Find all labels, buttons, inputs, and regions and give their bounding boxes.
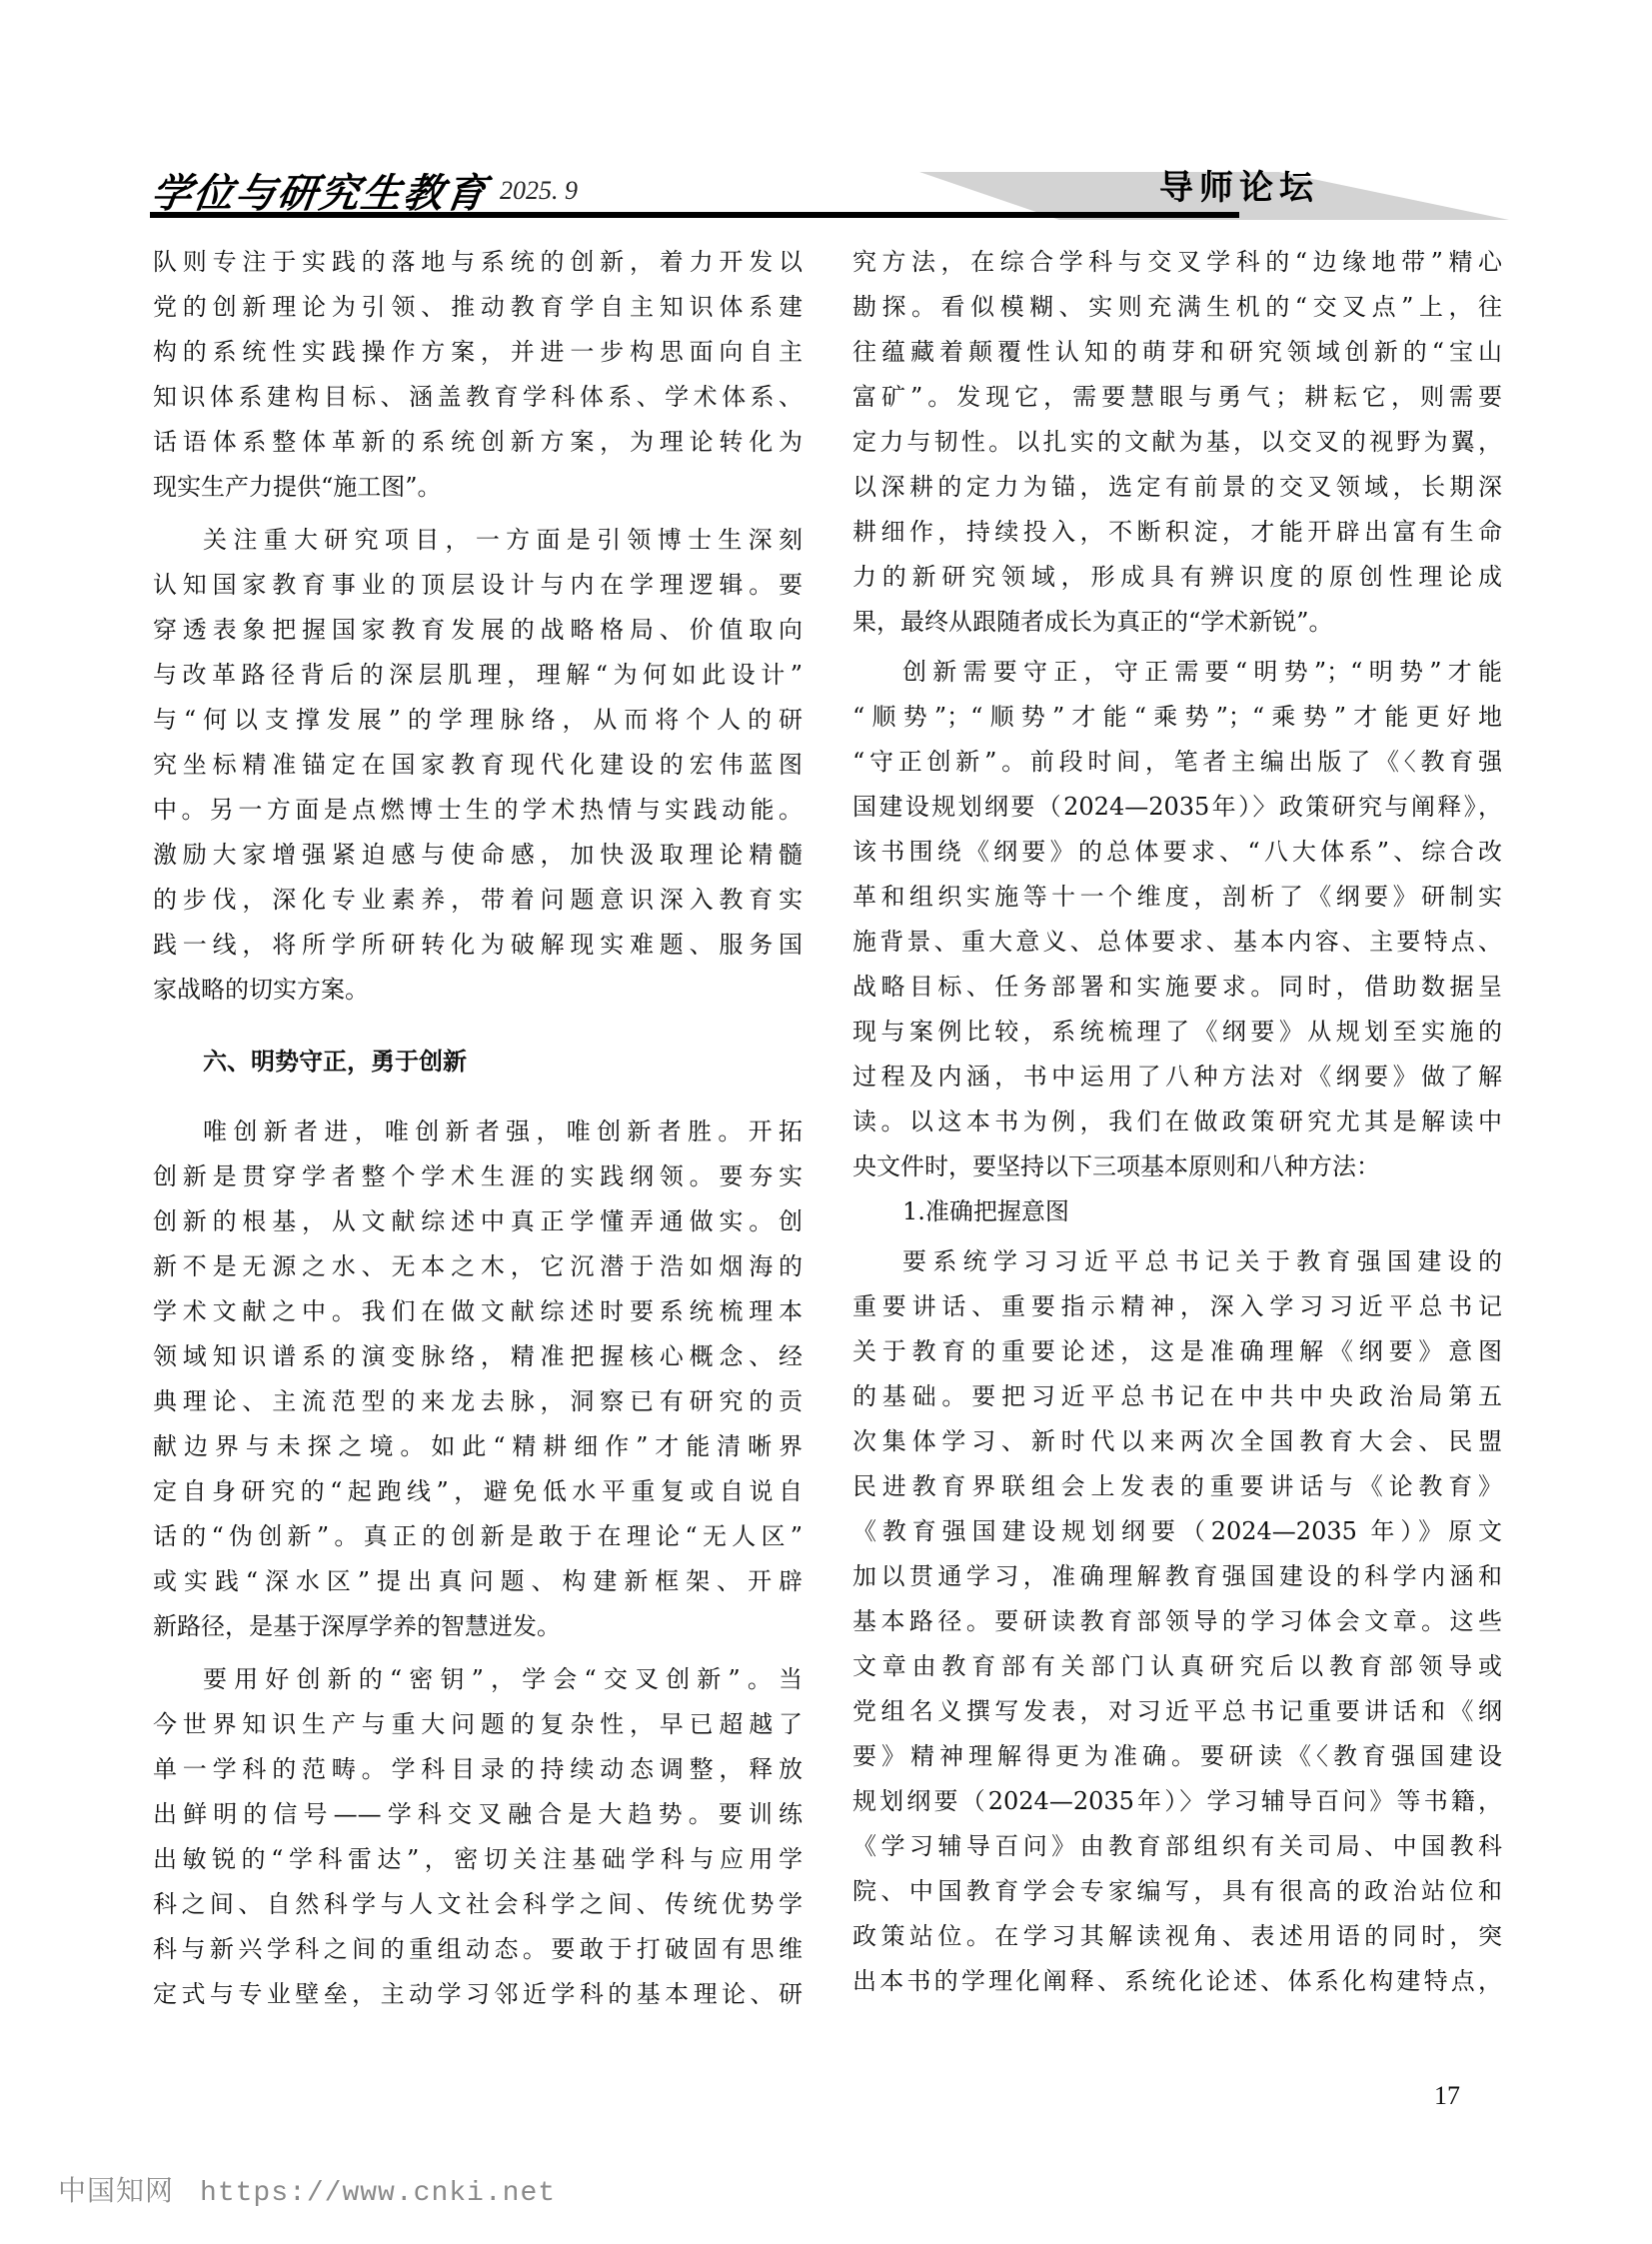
text-line: 新不是无源之水、无本之木，它沉潜于浩如烟海的 — [153, 1244, 803, 1288]
text-line: 出本书的学理化阐释、系统化论述、体系化构建特点， — [852, 1959, 1502, 2003]
text-line: 科与新兴学科之间的重组动态。要敢于打破固有思维 — [153, 1927, 803, 1971]
text-line: 创新的根基，从文献综述中真正学懂弄通做实。创 — [153, 1199, 803, 1243]
text-line: 构的系统性实践操作方案，并进一步构思面向自主 — [153, 330, 803, 374]
text-line: 创新是贯穿学者整个学术生涯的实践纲领。要夯实 — [153, 1154, 803, 1198]
text-line: 典理论、主流范型的来龙去脉，洞察已有研究的贡 — [153, 1379, 803, 1423]
text-line: 1.准确把握意图 — [852, 1189, 1502, 1233]
text-line: 施背景、重大意义、总体要求、基本内容、主要特点、 — [852, 920, 1502, 964]
text-line: 科之间、自然科学与人文社会科学之间、传统优势学 — [153, 1882, 803, 1926]
text-line: 文章由教育部有关部门认真研究后以教育部领导或 — [852, 1644, 1502, 1688]
text-line: 与“何以支撑发展”的学理脉络，从而将个人的研 — [153, 698, 803, 742]
text-line: 话的“伪创新”。真正的创新是敢于在理论“无人区” — [153, 1514, 803, 1558]
text-line: 激励大家增强紧迫感与使命感，加快汲取理论精髓 — [153, 833, 803, 877]
text-line: 耕细作，持续投入，不断积淀，才能开辟出富有生命 — [852, 510, 1502, 554]
page-number: 17 — [1434, 2081, 1460, 2111]
text-line: 规划纲要（2024—2035年）〉学习辅导百问》等书籍， — [852, 1779, 1502, 1823]
text-line: 现实生产力提供“施工图”。 — [153, 465, 803, 509]
text-line: 领域知识谱系的演变脉络，精准把握核心概念、经 — [153, 1334, 803, 1378]
text-line: 家战略的切实方案。 — [153, 968, 803, 1012]
text-line: 以深耕的定力为锚，选定有前景的交叉领域，长期深 — [852, 465, 1502, 509]
text-line: 《学习辅导百问》由教育部组织有关司局、中国教科 — [852, 1824, 1502, 1868]
text-line: 单一学科的范畴。学科目录的持续动态调整，释放 — [153, 1747, 803, 1791]
text-line: 与改革路径背后的深层肌理，理解“为何如此设计” — [153, 653, 803, 697]
text-line: 党组名义撰写发表，对习近平总书记重要讲话和《纲 — [852, 1689, 1502, 1733]
text-line: 往蕴藏着颠覆性认知的萌芽和研究领域创新的“宝山 — [852, 330, 1502, 374]
text-line: 基本路径。要研读教育部领导的学习体会文章。这些 — [852, 1599, 1502, 1643]
text-line: 中。另一方面是点燃博士生的学术热情与实践动能。 — [153, 788, 803, 832]
text-line: 《教育强国建设规划纲要（2024—2035 年）》原文 — [852, 1509, 1502, 1553]
text-line: 民进教育界联组会上发表的重要讲话与《论教育》 — [852, 1464, 1502, 1508]
text-line: 富矿”。发现它，需要慧眼与勇气；耕耘它，则需要 — [852, 375, 1502, 419]
section-heading: 六、明势守正，勇于创新 — [153, 1040, 803, 1084]
text-line: 学术文献之中。我们在做文献综述时要系统梳理本 — [153, 1289, 803, 1333]
text-line: 定自身研究的“起跑线”，避免低水平重复或自说自 — [153, 1469, 803, 1513]
journal-title: 学位与研究生教育 — [148, 162, 492, 219]
text-line: 认知国家教育事业的顶层设计与内在学理逻辑。要 — [153, 563, 803, 607]
text-line: 知识体系建构目标、涵盖教育学科体系、学术体系、 — [153, 375, 803, 419]
text-line: 定式与专业壁垒，主动学习邻近学科的基本理论、研 — [153, 1972, 803, 2016]
text-line: 新路径，是基于深厚学养的智慧迸发。 — [153, 1604, 803, 1648]
text-line: 现与案例比较，系统梳理了《纲要》从规划至实施的 — [852, 1010, 1502, 1054]
watermark-url: https://www.cnki.net — [200, 2178, 556, 2209]
text-line: 次集体学习、新时代以来两次全国教育大会、民盟 — [852, 1419, 1502, 1463]
text-line: 关注重大研究项目，一方面是引领博士生深刻 — [153, 518, 803, 562]
text-line: 的步伐，深化专业素养，带着问题意识深入教育实 — [153, 878, 803, 922]
text-line: 究方法，在综合学科与交叉学科的“边缘地带”精心 — [852, 240, 1502, 284]
text-line: 勘探。看似模糊、实则充满生机的“交叉点”上，往 — [852, 285, 1502, 329]
text-line: 党的创新理论为引领、推动教育学自主知识体系建 — [153, 285, 803, 329]
text-line: 革和组织实施等十一个维度，剖析了《纲要》研制实 — [852, 875, 1502, 919]
text-line: 战略目标、任务部署和实施要求。同时，借助数据呈 — [852, 965, 1502, 1009]
text-line: 定力与韧性。以扎实的文献为基，以交叉的视野为翼， — [852, 420, 1502, 464]
text-line: 出敏锐的“学科雷达”，密切关注基础学科与应用学 — [153, 1837, 803, 1881]
text-line: 践一线，将所学所研转化为破解现实难题、服务国 — [153, 923, 803, 967]
text-line: 要》精神理解得更为准确。要研读《〈教育强国建设 — [852, 1734, 1502, 1778]
issue-number: 2025. 9 — [500, 176, 578, 206]
text-line: 唯创新者进，唯创新者强，唯创新者胜。开拓 — [153, 1110, 803, 1153]
text-line: 要用好创新的“密钥”，学会“交叉创新”。当 — [153, 1657, 803, 1701]
text-line: 果，最终从跟随者成长为真正的“学术新锐”。 — [852, 600, 1502, 644]
text-line: 重要讲话、重要指示精神，深入学习习近平总书记 — [852, 1284, 1502, 1328]
column-name: 导师论坛 — [1159, 160, 1319, 209]
text-line: 创新需要守正，守正需要“明势”；“明势”才能 — [852, 650, 1502, 694]
text-line: 过程及内涵，书中运用了八种方法对《纲要》做了解 — [852, 1055, 1502, 1099]
text-line: “守正创新”。前段时间，笔者主编出版了《〈教育强 — [852, 740, 1502, 784]
text-line: 话语体系整体革新的系统创新方案，为理论转化为 — [153, 420, 803, 464]
text-line: 关于教育的重要论述，这是准确理解《纲要》意图 — [852, 1329, 1502, 1373]
text-line: 出鲜明的信号——学科交叉融合是大趋势。要训练 — [153, 1792, 803, 1836]
text-line: 读。以这本书为例，我们在做政策研究尤其是解读中 — [852, 1100, 1502, 1143]
text-line: 加以贯通学习，准确理解教育强国建设的科学内涵和 — [852, 1554, 1502, 1598]
text-line: 穿透表象把握国家教育发展的战略格局、价值取向 — [153, 608, 803, 652]
text-line: 力的新研究领域，形成具有辨识度的原创性理论成 — [852, 555, 1502, 599]
text-line: 队则专注于实践的落地与系统的创新，着力开发以 — [153, 240, 803, 284]
text-line: 要系统学习习近平总书记关于教育强国建设的 — [852, 1239, 1502, 1283]
text-line: 政策站位。在学习其解读视角、表述用语的同时，突 — [852, 1914, 1502, 1958]
text-line: 究坐标精准锚定在国家教育现代化建设的宏伟蓝图 — [153, 743, 803, 787]
text-line: 院、中国教育学会专家编写，具有很高的政治站位和 — [852, 1869, 1502, 1913]
cnki-watermark: 中国知网https://www.cnki.net — [58, 2169, 582, 2209]
text-line: 今世界知识生产与重大问题的复杂性，早已超越了 — [153, 1702, 803, 1746]
text-line: 献边界与未探之境。如此“精耕细作”才能清晰界 — [153, 1424, 803, 1468]
text-line: “顺势”；“顺势”才能“乘势”；“乘势”才能更好地 — [852, 695, 1502, 739]
text-line: 国建设规划纲要（2024—2035年）〉政策研究与阐释》， — [852, 785, 1502, 829]
watermark-site: 中国知网 — [58, 2178, 174, 2209]
text-line: 或实践“深水区”提出真问题、构建新框架、开辟 — [153, 1559, 803, 1603]
text-line: 该书围绕《纲要》的总体要求、“八大体系”、综合改 — [852, 830, 1502, 874]
text-line: 央文件时，要坚持以下三项基本原则和八种方法： — [852, 1144, 1502, 1188]
text-line: 的基础。要把习近平总书记在中共中央政治局第五 — [852, 1374, 1502, 1418]
